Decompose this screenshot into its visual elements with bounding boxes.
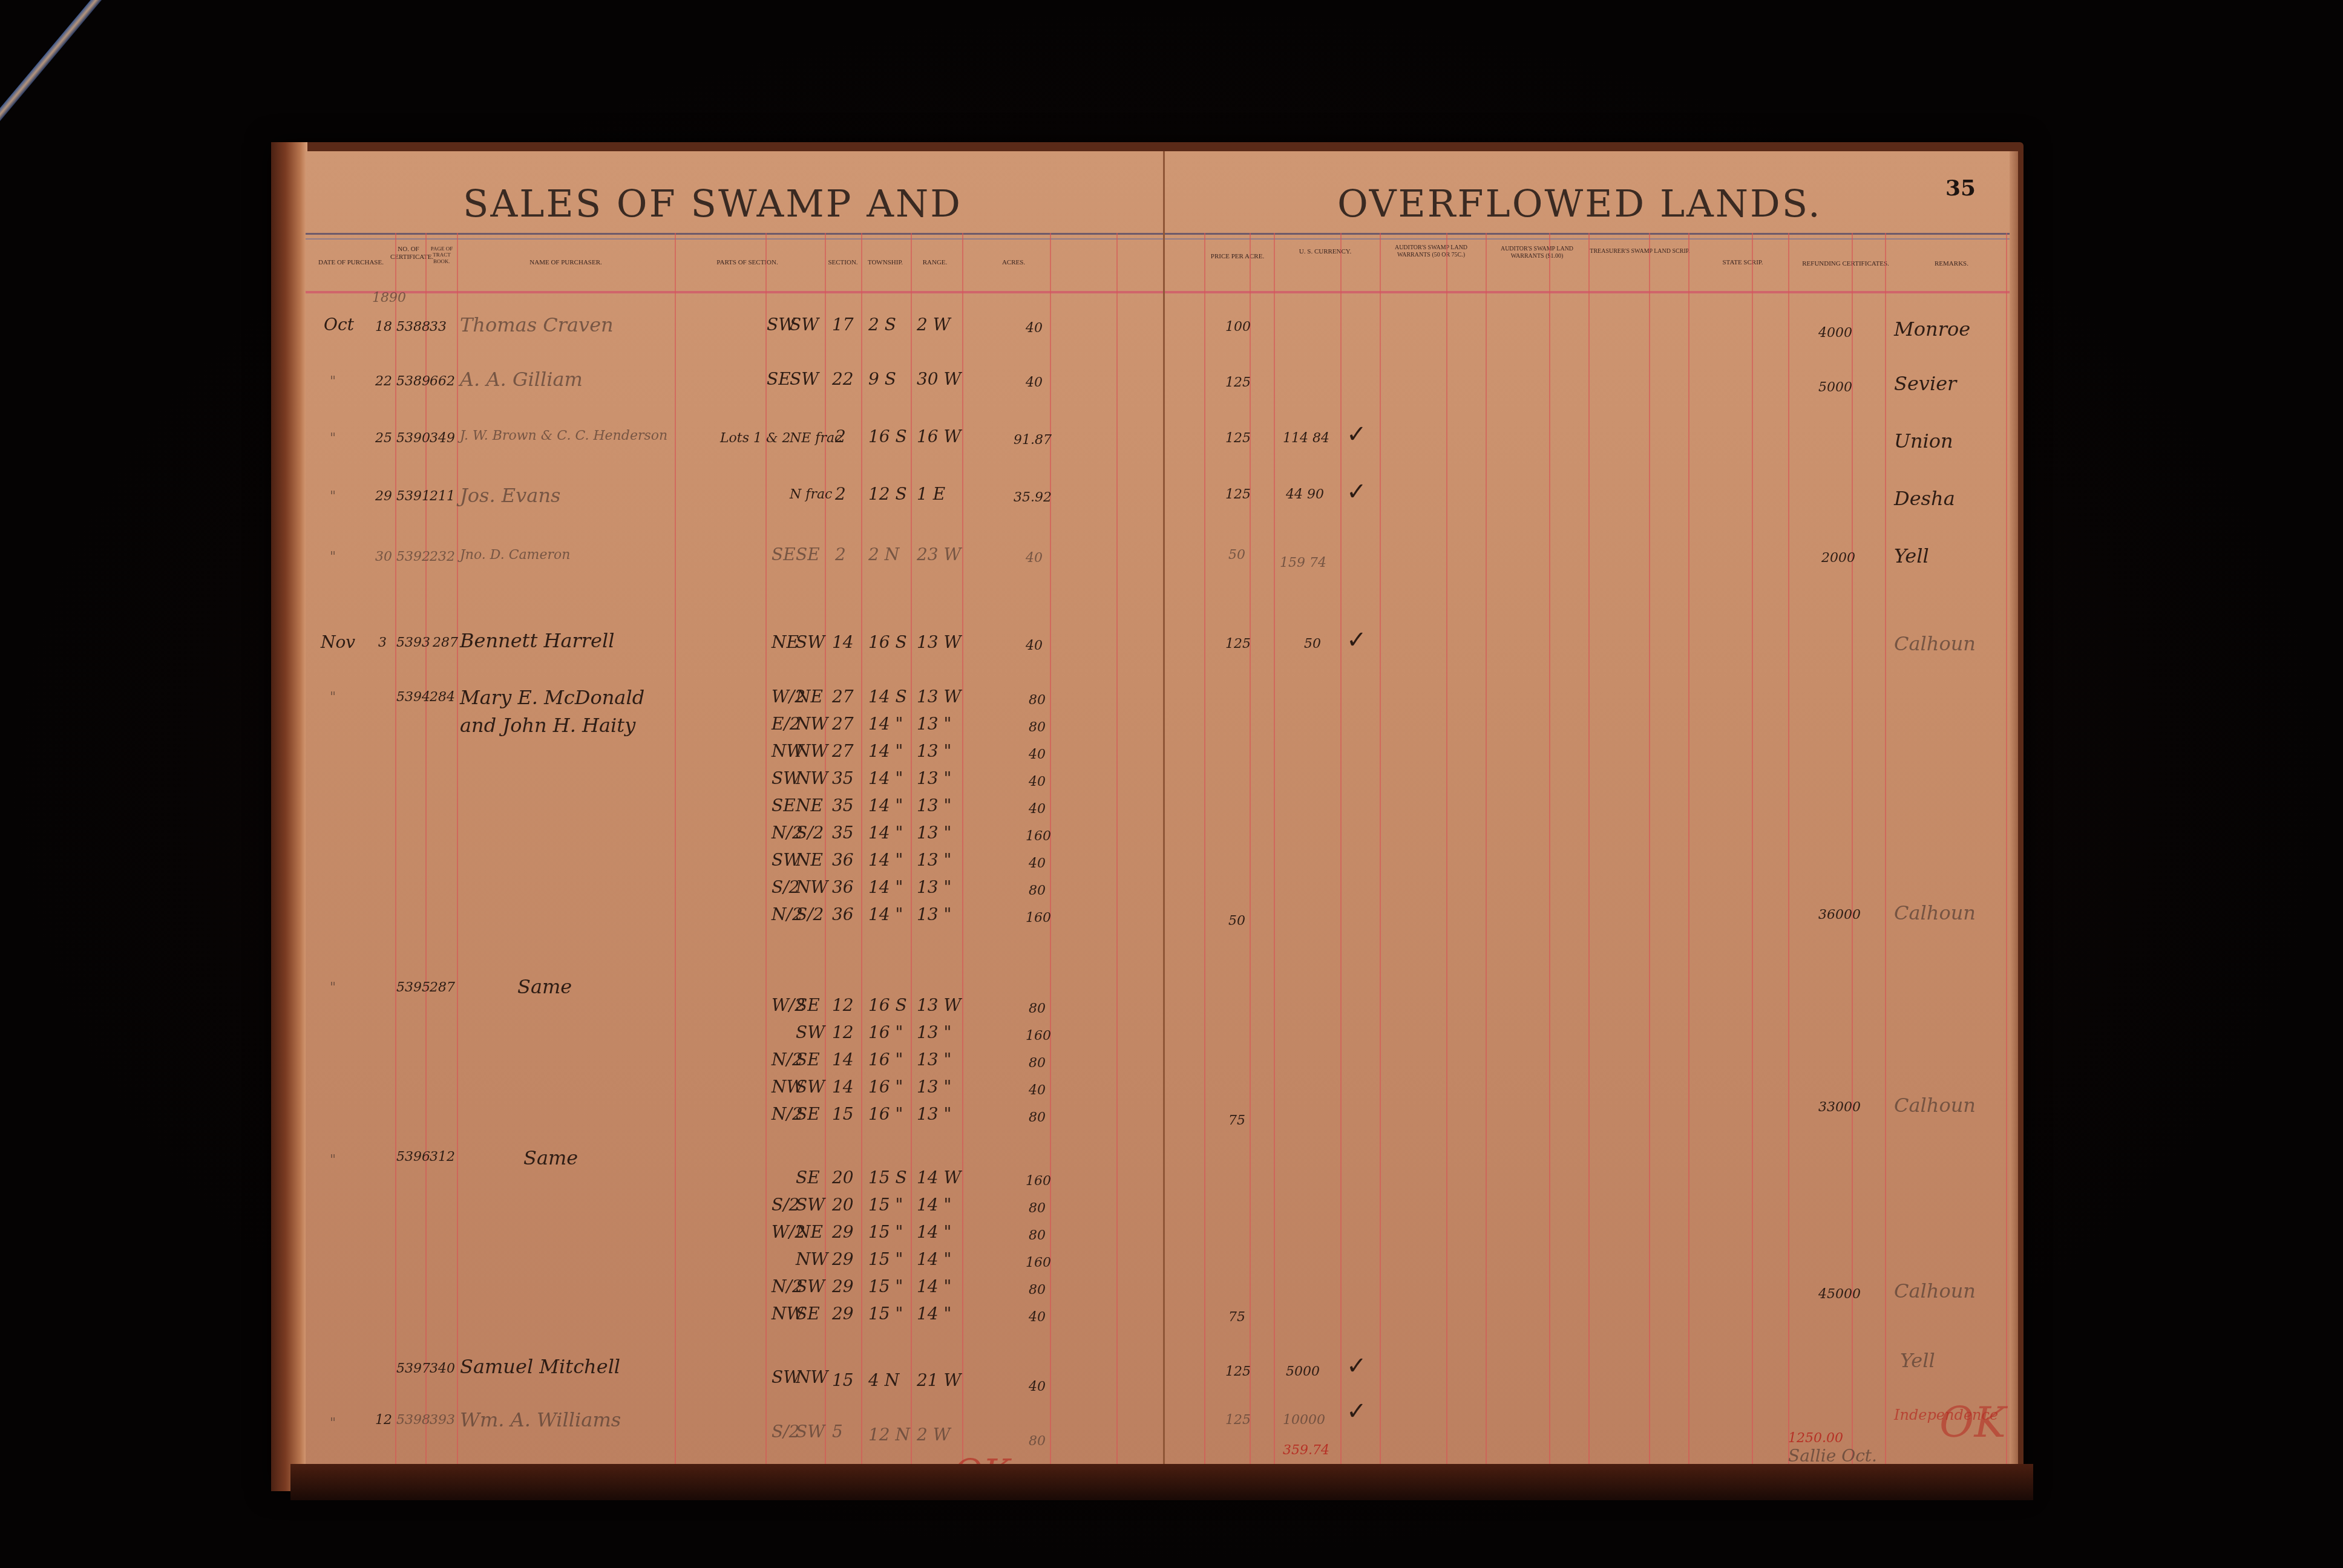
purchaser-name: Bennett Harrell bbox=[460, 629, 614, 652]
col-date: Date of Purchase. bbox=[315, 259, 387, 267]
parcel-acres: 40 bbox=[1029, 802, 1046, 817]
price-per-acre: 50 bbox=[1228, 547, 1245, 563]
purchaser-name: Jno. D. Cameron bbox=[460, 547, 570, 563]
col-remarks: Remarks. bbox=[1897, 260, 2006, 268]
purchaser-name: Wm. A. Williams bbox=[460, 1408, 621, 1431]
parcel-township: 14 " bbox=[868, 714, 903, 734]
remarks-county: Yell bbox=[1900, 1349, 1935, 1372]
parcel-township: 15 " bbox=[868, 1304, 903, 1324]
parcel-township: 14 " bbox=[868, 850, 903, 870]
parcel-section: 12 bbox=[832, 995, 854, 1015]
entry-page: 662 bbox=[430, 374, 455, 389]
entry-day: 29 bbox=[375, 489, 392, 504]
entry-day: 25 bbox=[375, 431, 392, 446]
parcel-township: 14 S bbox=[868, 687, 907, 707]
parcel-range: 13 " bbox=[917, 850, 951, 870]
parcel-range: 13 " bbox=[917, 1022, 951, 1042]
parcel-township: 15 " bbox=[868, 1195, 903, 1215]
parcel-quarter: NE bbox=[796, 1222, 823, 1242]
entry-range: 1 E bbox=[917, 484, 945, 504]
parcel-section: 35 bbox=[832, 768, 854, 788]
parcel-township: 14 " bbox=[868, 877, 903, 897]
parcel-quarter: SE bbox=[796, 1304, 820, 1324]
parcel-quarter: S/2 bbox=[796, 823, 824, 843]
parcel-section: 14 bbox=[832, 1077, 854, 1097]
entry-cert: 5398 bbox=[396, 1413, 430, 1428]
col-state-scrip: State Scrip. bbox=[1691, 259, 1794, 267]
entry-range: 16 W bbox=[917, 426, 961, 446]
ditto-mark: " bbox=[330, 690, 336, 705]
refunding-amount: 45000 bbox=[1818, 1287, 1861, 1302]
entry-quarter: SW bbox=[790, 315, 819, 335]
parcel-township: 15 S bbox=[868, 1168, 907, 1187]
parcel-range: 13 " bbox=[917, 823, 951, 843]
parcel-range: 13 " bbox=[917, 714, 951, 734]
parcel-quarter: NE bbox=[796, 687, 823, 707]
entry-township: 9 S bbox=[868, 369, 896, 389]
entry-range: 30 W bbox=[917, 369, 961, 389]
page-number: 35 bbox=[1945, 175, 1976, 201]
entry-day: 12 bbox=[375, 1413, 392, 1428]
parcel-range: 13 " bbox=[917, 877, 951, 897]
parcel-section: 29 bbox=[832, 1304, 854, 1324]
year-label: 1890 bbox=[372, 290, 406, 305]
currency-amount: 10000 bbox=[1283, 1413, 1325, 1428]
entry-cert: 5389 bbox=[396, 374, 430, 389]
parcel-quarter: SW bbox=[796, 1022, 825, 1042]
parcel-acres: 80 bbox=[1029, 1201, 1046, 1216]
refunding-total: 1250.00 bbox=[1788, 1431, 1843, 1446]
parcel-range: 13 " bbox=[917, 768, 951, 788]
entry-page: 284 bbox=[430, 690, 455, 705]
parcel-acres: 80 bbox=[1029, 1282, 1046, 1298]
entry-cert: 5388 bbox=[396, 319, 430, 335]
parcel-acres: 80 bbox=[1029, 1110, 1046, 1125]
entry-acres: 80 bbox=[1029, 1434, 1046, 1449]
refunding-amount: 33000 bbox=[1818, 1100, 1861, 1115]
entry-month: Oct bbox=[324, 315, 354, 335]
entry-range: 21 W bbox=[917, 1370, 961, 1390]
column-header-band: Price Per Acre. U. S. Currency. Auditor'… bbox=[1165, 233, 2018, 293]
ditto-mark: " bbox=[330, 1152, 336, 1168]
entry-township: 16 S bbox=[868, 426, 907, 446]
check-icon: ✓ bbox=[1346, 1397, 1367, 1425]
currency-amount: 5000 bbox=[1286, 1364, 1320, 1379]
entry-part: SE bbox=[767, 369, 791, 389]
entry-month: Nov bbox=[321, 632, 355, 652]
remarks-county: Calhoun bbox=[1894, 1279, 1976, 1302]
entry-acres: 40 bbox=[1026, 638, 1043, 653]
purchaser-name: Jos. Evans bbox=[460, 484, 560, 507]
ditto-mark: " bbox=[330, 1416, 336, 1431]
entry-section: 2 bbox=[835, 426, 846, 446]
col-township: Township. bbox=[861, 259, 909, 267]
entry-acres: 35.92 bbox=[1014, 490, 1052, 505]
entry-page: 312 bbox=[430, 1149, 455, 1165]
entry-page: 211 bbox=[430, 489, 455, 504]
entry-township: 16 S bbox=[868, 632, 907, 652]
ditto-mark: " bbox=[330, 980, 336, 995]
entry-cert: 5390 bbox=[396, 431, 430, 446]
parcel-range: 14 " bbox=[917, 1195, 951, 1215]
parcel-quarter: NE bbox=[796, 795, 823, 815]
check-icon: ✓ bbox=[1346, 1352, 1367, 1380]
remarks-county: Desha bbox=[1894, 487, 1955, 510]
entry-section: 2 bbox=[835, 544, 846, 564]
entry-quarter: SW bbox=[796, 1422, 825, 1442]
entry-page: 287 bbox=[430, 980, 455, 995]
parcel-section: 27 bbox=[832, 687, 854, 707]
parcel-acres: 80 bbox=[1029, 720, 1046, 735]
parcel-township: 15 " bbox=[868, 1222, 903, 1242]
parcel-township: 16 S bbox=[868, 995, 907, 1015]
entry-cert: 5392 bbox=[396, 549, 430, 564]
parcel-quarter: SE bbox=[796, 1104, 820, 1124]
entry-part: NE bbox=[772, 632, 799, 652]
entry-page: 393 bbox=[430, 1413, 455, 1428]
purchaser-name: Same bbox=[517, 975, 572, 998]
remarks-county: Union bbox=[1894, 430, 1953, 452]
purchaser-name: Same bbox=[523, 1146, 578, 1169]
parcel-acres: 160 bbox=[1026, 1028, 1051, 1044]
parcel-section: 20 bbox=[832, 1168, 854, 1187]
parcel-range: 14 W bbox=[917, 1168, 961, 1187]
col-parts: Parts of Section. bbox=[675, 259, 820, 267]
entry-page: 349 bbox=[430, 431, 455, 446]
parcel-range: 14 " bbox=[917, 1276, 951, 1296]
check-icon: ✓ bbox=[1346, 626, 1367, 654]
col-treasurer-scrip: Treasurer's Swamp Land Scrip. bbox=[1588, 248, 1691, 255]
col-tract-page: Page of Tract Book. bbox=[427, 246, 457, 264]
entry-township: 2 N bbox=[868, 544, 899, 564]
parcel-township: 14 " bbox=[868, 904, 903, 924]
parcel-quarter: SE bbox=[796, 1050, 820, 1070]
parcel-section: 27 bbox=[832, 714, 854, 734]
entry-cert: 5394 bbox=[396, 690, 430, 705]
parcel-acres: 40 bbox=[1029, 856, 1046, 871]
entry-cert: 5395 bbox=[396, 980, 430, 995]
right-page: OVERFLOWED LANDS. 35 Price Per Acre. U. … bbox=[1165, 151, 2018, 1482]
entry-day: 18 bbox=[375, 319, 392, 335]
parcel-quarter: S/2 bbox=[796, 904, 824, 924]
entry-section: 14 bbox=[832, 632, 854, 652]
entry-range: 2 W bbox=[917, 1425, 951, 1445]
parcel-acres: 40 bbox=[1029, 1310, 1046, 1325]
col-currency: U. S. Currency. bbox=[1274, 248, 1377, 256]
parcel-range: 13 " bbox=[917, 741, 951, 761]
parcel-township: 16 " bbox=[868, 1022, 903, 1042]
purchaser-name: J. W. Brown & C. C. Henderson bbox=[460, 428, 667, 443]
parcel-quarter: SW bbox=[796, 1276, 825, 1296]
entry-acres: 40 bbox=[1026, 321, 1043, 336]
book-bottom-edge bbox=[290, 1464, 2033, 1500]
entry-page: 232 bbox=[430, 549, 455, 564]
parcel-range: 13 " bbox=[917, 1050, 951, 1070]
entry-acres: 40 bbox=[1029, 1379, 1046, 1394]
entry-part: SE bbox=[772, 544, 796, 564]
parcel-section: 14 bbox=[832, 1050, 854, 1070]
entry-quarter: SE bbox=[796, 544, 820, 564]
entry-cert: 5393 bbox=[396, 635, 430, 650]
entry-section: 17 bbox=[832, 315, 854, 335]
entry-township: 12 N bbox=[868, 1425, 910, 1445]
col-purchaser: Name of Purchaser. bbox=[457, 259, 675, 267]
parcel-township: 15 " bbox=[868, 1276, 903, 1296]
parcel-quarter: NW bbox=[796, 877, 828, 897]
refunding-amount: 36000 bbox=[1818, 907, 1861, 923]
currency-amount: 44 90 bbox=[1286, 487, 1324, 502]
parcel-acres: 40 bbox=[1029, 774, 1046, 789]
entry-cert: 5396 bbox=[396, 1149, 430, 1165]
currency-amount: 114 84 bbox=[1283, 431, 1329, 446]
parcel-quarter: SE bbox=[796, 1168, 820, 1187]
price-per-acre: 50 bbox=[1228, 913, 1245, 929]
parcel-township: 16 " bbox=[868, 1050, 903, 1070]
page-title-left: SALES OF SWAMP AND bbox=[463, 181, 962, 226]
entry-day: 3 bbox=[378, 635, 387, 650]
entry-range: 23 W bbox=[917, 544, 961, 564]
price-per-acre: 75 bbox=[1228, 1310, 1245, 1325]
entry-range: 2 W bbox=[917, 315, 951, 335]
col-price: Price Per Acre. bbox=[1204, 253, 1271, 261]
parcel-section: 35 bbox=[832, 795, 854, 815]
entry-quarter: NE frac bbox=[790, 431, 842, 446]
parcel-range: 13 W bbox=[917, 687, 961, 707]
parcel-quarter: SW bbox=[796, 1077, 825, 1097]
parcel-section: 29 bbox=[832, 1222, 854, 1242]
price-per-acre: 125 bbox=[1225, 1413, 1251, 1428]
entry-page: 287 bbox=[433, 635, 458, 650]
parcel-acres: 80 bbox=[1029, 883, 1046, 898]
refunding-amount: 4000 bbox=[1818, 325, 1852, 341]
entry-township: 4 N bbox=[868, 1370, 899, 1390]
parcel-section: 35 bbox=[832, 823, 854, 843]
parcel-quarter: NW bbox=[796, 714, 828, 734]
parcel-section: 27 bbox=[832, 741, 854, 761]
parcel-section: 36 bbox=[832, 850, 854, 870]
parcel-acres: 80 bbox=[1029, 1056, 1046, 1071]
price-per-acre: 100 bbox=[1225, 319, 1251, 335]
page-title-right: OVERFLOWED LANDS. bbox=[1337, 181, 1822, 226]
parcel-range: 13 " bbox=[917, 904, 951, 924]
entry-quarter: SW bbox=[790, 369, 819, 389]
entry-page: 33 bbox=[430, 319, 447, 335]
parcel-range: 14 " bbox=[917, 1249, 951, 1269]
parcel-acres: 40 bbox=[1029, 747, 1046, 762]
parcel-township: 14 " bbox=[868, 823, 903, 843]
remarks-county: Calhoun bbox=[1894, 632, 1976, 655]
check-icon: ✓ bbox=[1346, 478, 1367, 506]
book-edge bbox=[271, 142, 307, 1491]
remarks-county: Sevier bbox=[1894, 372, 1956, 395]
purchaser-name: Mary E. McDonald and John H. Haity bbox=[460, 684, 678, 739]
entry-day: 22 bbox=[375, 374, 392, 389]
purchaser-name: A. A. Gilliam bbox=[460, 368, 583, 391]
entry-acres: 40 bbox=[1026, 550, 1043, 566]
remarks-county: Yell bbox=[1894, 544, 1929, 567]
price-per-acre: 75 bbox=[1228, 1113, 1245, 1128]
currency-amount: 159 74 bbox=[1280, 555, 1326, 570]
remarks-county: Calhoun bbox=[1894, 901, 1976, 924]
col-section: Section. bbox=[825, 259, 861, 267]
refunding-amount: 2000 bbox=[1821, 550, 1855, 566]
entry-cert: 5397 bbox=[396, 1361, 430, 1376]
parcel-section: 20 bbox=[832, 1195, 854, 1215]
parcel-range: 13 " bbox=[917, 795, 951, 815]
parcel-quarter: NW bbox=[796, 768, 828, 788]
parcel-acres: 160 bbox=[1026, 1255, 1051, 1270]
parcel-township: 16 " bbox=[868, 1077, 903, 1097]
parcel-township: 14 " bbox=[868, 768, 903, 788]
column-header-band: Date of Purchase. No. of Certificate. Pa… bbox=[306, 233, 1163, 293]
parcel-township: 14 " bbox=[868, 795, 903, 815]
price-per-acre: 125 bbox=[1225, 487, 1251, 502]
left-page: SALES OF SWAMP AND Date of Purchase. No.… bbox=[306, 151, 1165, 1482]
entry-range: 13 W bbox=[917, 632, 961, 652]
parcel-section: 36 bbox=[832, 904, 854, 924]
ditto-mark: " bbox=[330, 489, 336, 504]
parcel-range: 13 " bbox=[917, 1077, 951, 1097]
entry-acres: 40 bbox=[1026, 375, 1043, 390]
entry-quarter: N frac bbox=[790, 487, 832, 502]
col-refunding: Refunding Certificates. bbox=[1794, 260, 1897, 268]
ditto-mark: " bbox=[330, 549, 336, 564]
ditto-mark: " bbox=[330, 374, 336, 389]
purchaser-name: Thomas Craven bbox=[460, 313, 614, 336]
parcel-township: 14 " bbox=[868, 741, 903, 761]
entry-quarter: NW bbox=[796, 1367, 828, 1387]
parcel-quarter: NW bbox=[796, 1249, 828, 1269]
parcel-section: 12 bbox=[832, 1022, 854, 1042]
parcel-acres: 160 bbox=[1026, 1174, 1051, 1189]
entry-section: 15 bbox=[832, 1370, 854, 1390]
check-icon: ✓ bbox=[1346, 420, 1367, 448]
entry-section: 2 bbox=[835, 484, 846, 504]
entry-section: 5 bbox=[832, 1422, 843, 1442]
ditto-mark: " bbox=[330, 431, 336, 446]
refunding-amount: 5000 bbox=[1818, 380, 1852, 395]
price-per-acre: 125 bbox=[1225, 431, 1251, 446]
remarks-county: Calhoun bbox=[1894, 1094, 1976, 1117]
parcel-range: 13 " bbox=[917, 1104, 951, 1124]
entry-day: 30 bbox=[375, 549, 392, 564]
parcel-quarter: SW bbox=[796, 1195, 825, 1215]
parcel-section: 29 bbox=[832, 1276, 854, 1296]
entry-quarter: SW bbox=[796, 632, 825, 652]
parcel-part: SE bbox=[772, 795, 796, 815]
parcel-range: 13 W bbox=[917, 995, 961, 1015]
parcel-range: 14 " bbox=[917, 1222, 951, 1242]
parcel-township: 15 " bbox=[868, 1249, 903, 1269]
parcel-acres: 160 bbox=[1026, 910, 1051, 926]
parcel-quarter: NW bbox=[796, 741, 828, 761]
purchaser-name: Samuel Mitchell bbox=[460, 1355, 620, 1378]
parcel-acres: 80 bbox=[1029, 1228, 1046, 1243]
remarks-county: Monroe bbox=[1894, 318, 1970, 341]
ok-mark: OK bbox=[1939, 1397, 2006, 1447]
entry-section: 22 bbox=[832, 369, 854, 389]
price-per-acre: 125 bbox=[1225, 636, 1251, 652]
entry-part: Lots 1 & 2 bbox=[720, 431, 791, 446]
price-per-acre: 125 bbox=[1225, 1364, 1251, 1379]
col-warrants-100: Auditor's Swamp Land Warrants ($1.00) bbox=[1486, 246, 1588, 260]
parcel-section: 15 bbox=[832, 1104, 854, 1124]
parcel-section: 36 bbox=[832, 877, 854, 897]
entry-page: 340 bbox=[430, 1361, 455, 1376]
entry-cert: 5391 bbox=[396, 489, 430, 504]
parcel-range: 14 " bbox=[917, 1304, 951, 1324]
parcel-acres: 80 bbox=[1029, 693, 1046, 708]
parcel-township: 16 " bbox=[868, 1104, 903, 1124]
audit-note: Sallie Oct. bbox=[1788, 1446, 1877, 1466]
price-per-acre: 125 bbox=[1225, 375, 1251, 390]
parcel-acres: 160 bbox=[1026, 829, 1051, 844]
col-range: Range. bbox=[911, 259, 959, 267]
entry-township: 12 S bbox=[868, 484, 907, 504]
parcel-quarter: NE bbox=[796, 850, 823, 870]
currency-total: 359.74 bbox=[1283, 1443, 1329, 1458]
currency-amount: 50 bbox=[1304, 636, 1321, 652]
parcel-quarter: SE bbox=[796, 995, 820, 1015]
entry-township: 2 S bbox=[868, 315, 896, 335]
entry-acres: 91.87 bbox=[1014, 433, 1052, 448]
parcel-section: 29 bbox=[832, 1249, 854, 1269]
col-warrants-50: Auditor's Swamp Land Warrants (50 or 75c… bbox=[1380, 244, 1483, 258]
parcel-acres: 80 bbox=[1029, 1001, 1046, 1016]
parcel-acres: 40 bbox=[1029, 1083, 1046, 1098]
